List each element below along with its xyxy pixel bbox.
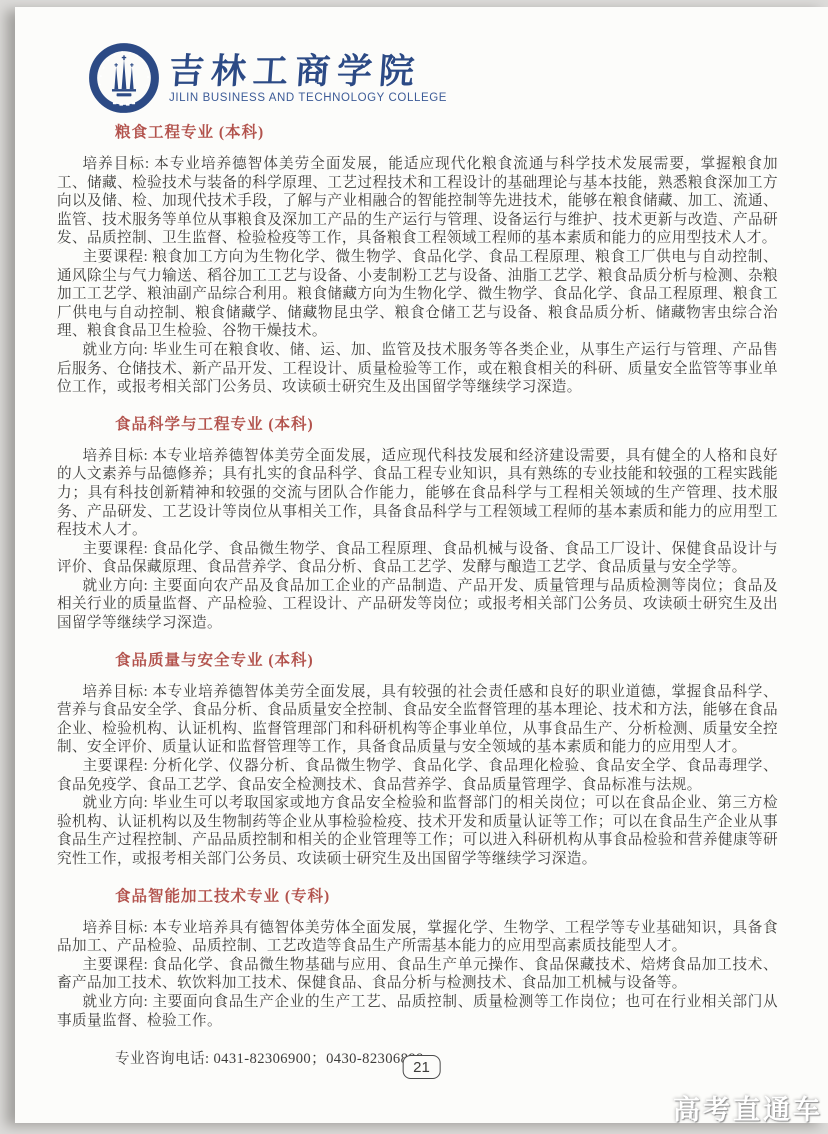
paragraph-employment: 就业方向: 毕业生可在粮食收、储、运、加、监管及技术服务等各类企业，从事生产运行… [57,341,778,397]
college-name-cn: 吉林工商学院 [168,54,449,91]
college-name-en: JILIN BUSINESS AND TECHNOLOGY COLLEGE [169,92,447,104]
section-title-food-quality-safety: 食品质量与安全专业 (本科) [115,648,778,670]
page-content: 吉林工商学院 JILIN BUSINESS AND TECHNOLOGY COL… [15,7,828,1069]
paragraph-training-goal: 培养目标: 本专业培养德智体美劳全面发展，适应现代科技发展和经济建设需要，具有健… [57,447,778,540]
section-title-grain-engineering: 粮食工程专业 (本科) [115,120,778,142]
college-header: 吉林工商学院 JILIN BUSINESS AND TECHNOLOGY COL… [87,41,778,115]
college-name-block: 吉林工商学院 JILIN BUSINESS AND TECHNOLOGY COL… [169,52,447,104]
paragraph-employment: 就业方向: 主要面向食品生产企业的生产工艺、品质控制、质量检测等工作岗位；也可在… [57,993,778,1030]
majors-text: 粮食工程专业 (本科) 培养目标: 本专业培养德智体美劳全面发展，能适应现代化粮… [57,120,778,1069]
paragraph-main-courses: 主要课程: 分析化学、仪器分析、食品微生物学、食品化学、食品理化检验、食品安全学… [57,757,778,794]
watermark-gaokao-zhitongche: 高考直通车 [673,1088,823,1127]
paragraph-main-courses: 主要课程: 粮食加工方向为生物化学、微生物学、食品化学、食品工程原理、粮食工厂供… [57,248,778,341]
paragraph-training-goal: 培养目标: 本专业培养德智体美劳全面发展，能适应现代化粮食流通与科学技术发展需要… [57,155,778,248]
college-seal-icon [87,41,161,115]
paragraph-training-goal: 培养目标: 本专业培养德智体美劳全面发展，具有较强的社会责任感和良好的职业道德，… [57,683,778,757]
paragraph-main-courses: 主要课程: 食品化学、食品微生物学、食品工程原理、食品机械与设备、食品工厂设计、… [57,540,778,577]
screenshot-root: { "header": { "college_name_cn": "吉林工商学院… [0,0,828,1134]
paragraph-employment: 就业方向: 主要面向农产品及食品加工企业的产品制造、产品开发、质量管理与品质检测… [57,577,778,633]
section-title-food-science-engineering: 食品科学与工程专业 (本科) [115,412,778,434]
page-number-badge: 21 [402,1055,441,1079]
paragraph-employment: 就业方向: 毕业生可以考取国家或地方食品安全检验和监督部门的相关岗位；可以在食品… [57,794,778,868]
section-title-food-intelligent-processing: 食品智能加工技术专业 (专科) [115,884,778,906]
consult-phone-line: 专业咨询电话: 0431-82306900；0430-82306888 [115,1050,778,1069]
document-page: 吉林工商学院 JILIN BUSINESS AND TECHNOLOGY COL… [15,7,828,1123]
paragraph-training-goal: 培养目标: 本专业培养具有德智体美劳体全面发展，掌握化学、生物学、工程学等专业基… [57,919,778,956]
paragraph-main-courses: 主要课程: 食品化学、食品微生物基础与应用、食品生产单元操作、食品保藏技术、焙烤… [57,956,778,993]
